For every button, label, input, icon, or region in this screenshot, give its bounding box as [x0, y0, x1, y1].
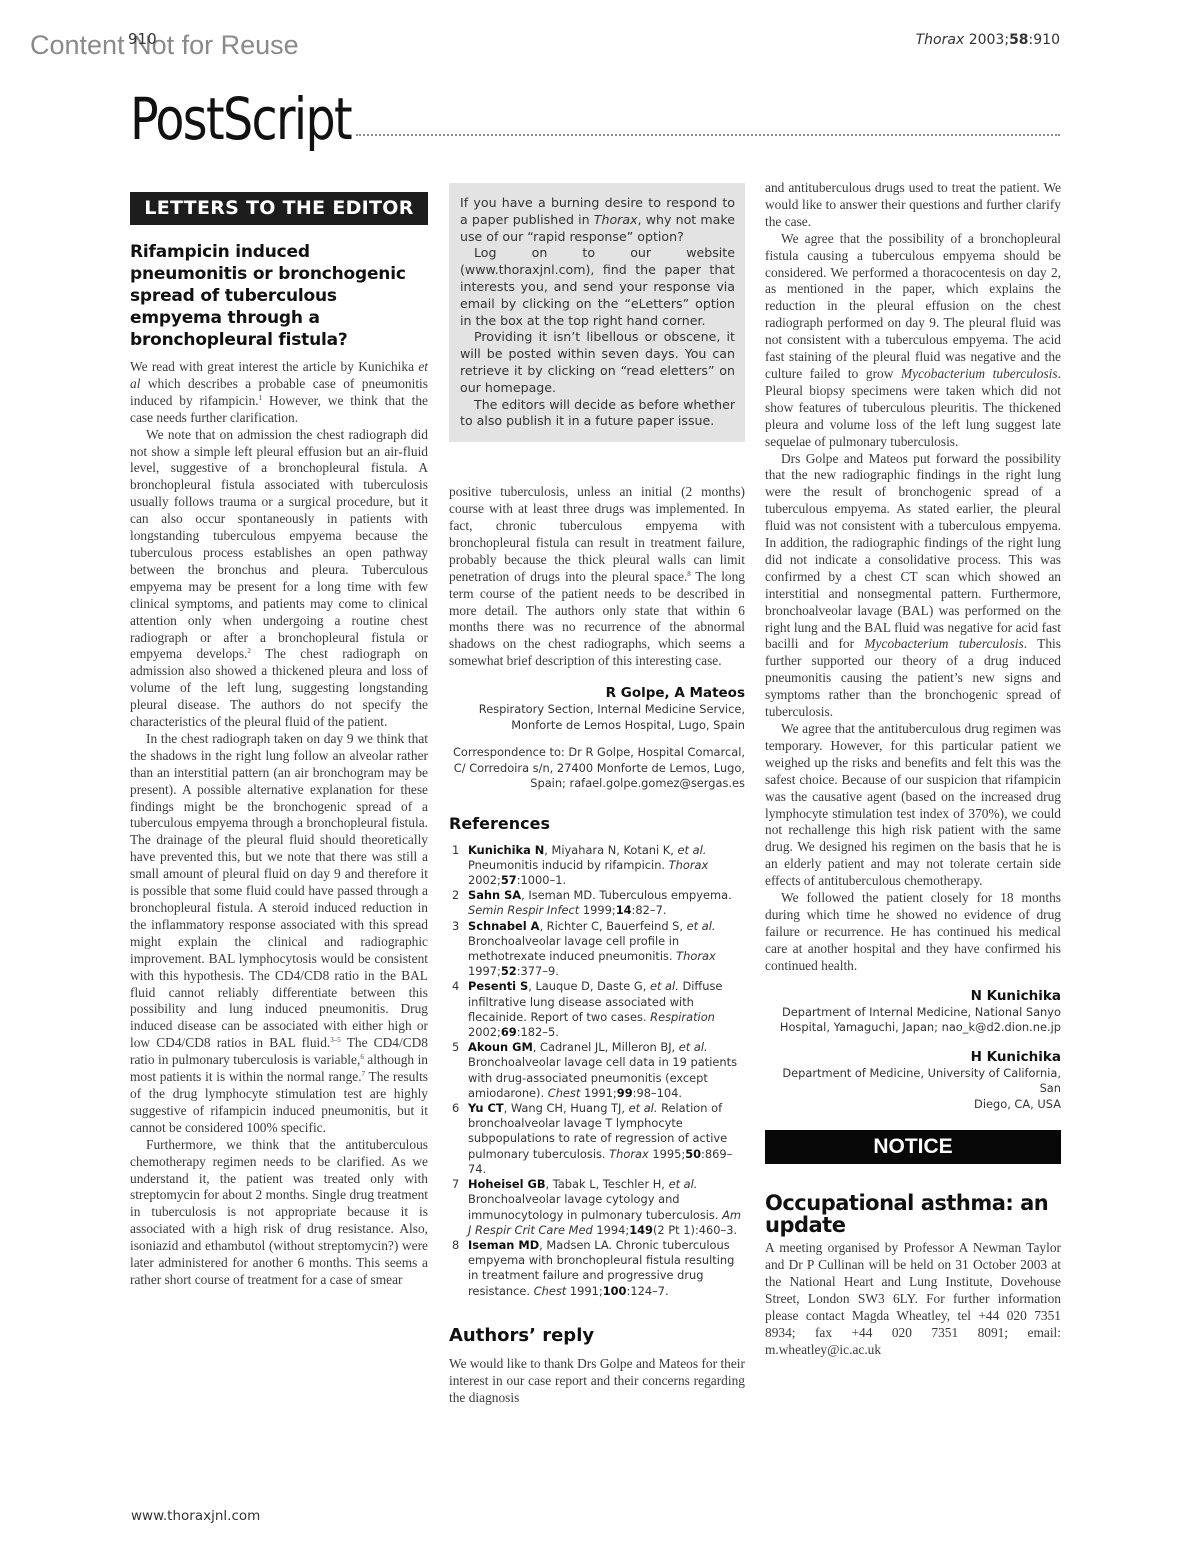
masthead-title: PostScript — [130, 90, 351, 148]
references-heading: References — [449, 814, 745, 833]
letter-signature: R Golpe, A Mateos Respiratory Section, I… — [449, 684, 745, 733]
reference-item: 5Akoun GM, Cadranel JL, Milleron BJ, et … — [449, 1040, 745, 1101]
reply-paragraph: We agree that the possibility of a bronc… — [765, 231, 1061, 451]
reply-paragraph: Drs Golpe and Mateos put forward the pos… — [765, 451, 1061, 722]
reference-item: 7Hoheisel GB, Tabak L, Teschler H, et al… — [449, 1177, 745, 1238]
reference-item: 8Iseman MD, Madsen LA. Chronic tuberculo… — [449, 1238, 745, 1299]
callout-paragraph: The editors will decide as before whethe… — [460, 397, 735, 431]
signature-name: H Kunichika — [765, 1048, 1061, 1066]
journal-name: Thorax — [916, 32, 965, 48]
reference-item: 6Yu CT, Wang CH, Huang TJ, et al. Relati… — [449, 1101, 745, 1177]
running-head: Thorax 2003;58:910 — [916, 32, 1060, 48]
notice-body: A meeting organised by Professor A Newma… — [765, 1240, 1061, 1358]
masthead-dotted-rule — [356, 134, 1060, 136]
signature-affiliation: Respiratory Section, Internal Medicine S… — [449, 702, 745, 718]
reference-item: 3Schnabel A, Richter C, Bauerfeind S, et… — [449, 919, 745, 980]
section-label-letters: LETTERS TO THE EDITOR — [130, 192, 428, 225]
reply-body-continued: and antituberculous drugs used to treat … — [765, 180, 1061, 975]
letter-paragraph: We note that on admission the chest radi… — [130, 427, 428, 731]
signature-affiliation: Monforte de Lemos Hospital, Lugo, Spain — [449, 718, 745, 734]
section-label-notice: NOTICE — [765, 1130, 1061, 1164]
reply-paragraph: and antituberculous drugs used to treat … — [765, 180, 1061, 231]
letter-body-continued: positive tuberculosis, unless an initial… — [449, 484, 745, 670]
page-number: 910 — [128, 30, 157, 48]
letter-paragraph: Furthermore, we think that the antituber… — [130, 1137, 428, 1289]
citation: 3–5 — [330, 1036, 341, 1044]
letter-paragraph: positive tuberculosis, unless an initial… — [449, 484, 745, 670]
signature-email: Hospital, Yamaguchi, Japan; nao_k@d2.dio… — [765, 1020, 1061, 1036]
journal-year: 2003; — [969, 32, 1009, 48]
signature-names: R Golpe, A Mateos — [449, 684, 745, 702]
letter-title: Rifampicin induced pneumonitis or bronch… — [130, 241, 428, 351]
column-1: LETTERS TO THE EDITOR Rifampicin induced… — [130, 180, 428, 1289]
reference-item: 4Pesenti S, Lauque D, Daste G, et al. Di… — [449, 979, 745, 1040]
column-3: and antituberculous drugs used to treat … — [765, 180, 1061, 1358]
references-list: 1Kunichika N, Miyahara N, Kotani K, et a… — [449, 843, 745, 1299]
callout-paragraph: Providing it isn’t libellous or obscene,… — [460, 329, 735, 396]
reply-signature-1: N Kunichika Department of Internal Medic… — [765, 987, 1061, 1036]
reply-paragraph: We would like to thank Drs Golpe and Mat… — [449, 1356, 745, 1407]
reference-item: 2Sahn SA, Iseman MD. Tuberculous empyema… — [449, 888, 745, 918]
letter-paragraph: In the chest radiograph taken on day 9 w… — [130, 731, 428, 1137]
masthead: PostScript — [130, 78, 1060, 148]
reply-body: We would like to thank Drs Golpe and Mat… — [449, 1356, 745, 1407]
reply-paragraph: We followed the patient closely for 18 m… — [765, 890, 1061, 975]
reply-paragraph: We agree that the antituberculous drug r… — [765, 721, 1061, 890]
column-2: If you have a burning desire to respond … — [449, 180, 745, 1406]
letter-body: We read with great interest the article … — [130, 359, 428, 1289]
journal-volume: 58 — [1009, 32, 1028, 48]
journal-page: :910 — [1029, 32, 1060, 48]
reply-signature-2: H Kunichika Department of Medicine, Univ… — [765, 1048, 1061, 1113]
signature-name: N Kunichika — [765, 987, 1061, 1005]
watermark: Content Not for Reuse — [30, 30, 299, 61]
callout-paragraph: Log on to our website (www.thoraxjnl.com… — [460, 245, 735, 329]
callout-paragraph: If you have a burning desire to respond … — [460, 195, 735, 245]
footer-url[interactable]: www.thoraxjnl.com — [131, 1508, 260, 1524]
correspondence: Correspondence to: Dr R Golpe, Hospital … — [449, 745, 745, 792]
notice-title: Occupational asthma: an update — [765, 1192, 1061, 1236]
rapid-response-callout: If you have a burning desire to respond … — [449, 183, 745, 442]
reference-item: 1Kunichika N, Miyahara N, Kotani K, et a… — [449, 843, 745, 889]
letter-paragraph: We read with great interest the article … — [130, 359, 428, 427]
authors-reply-heading: Authors’ reply — [449, 1325, 745, 1346]
correspondence-email[interactable]: Spain; rafael.golpe.gomez@sergas.es — [449, 776, 745, 792]
